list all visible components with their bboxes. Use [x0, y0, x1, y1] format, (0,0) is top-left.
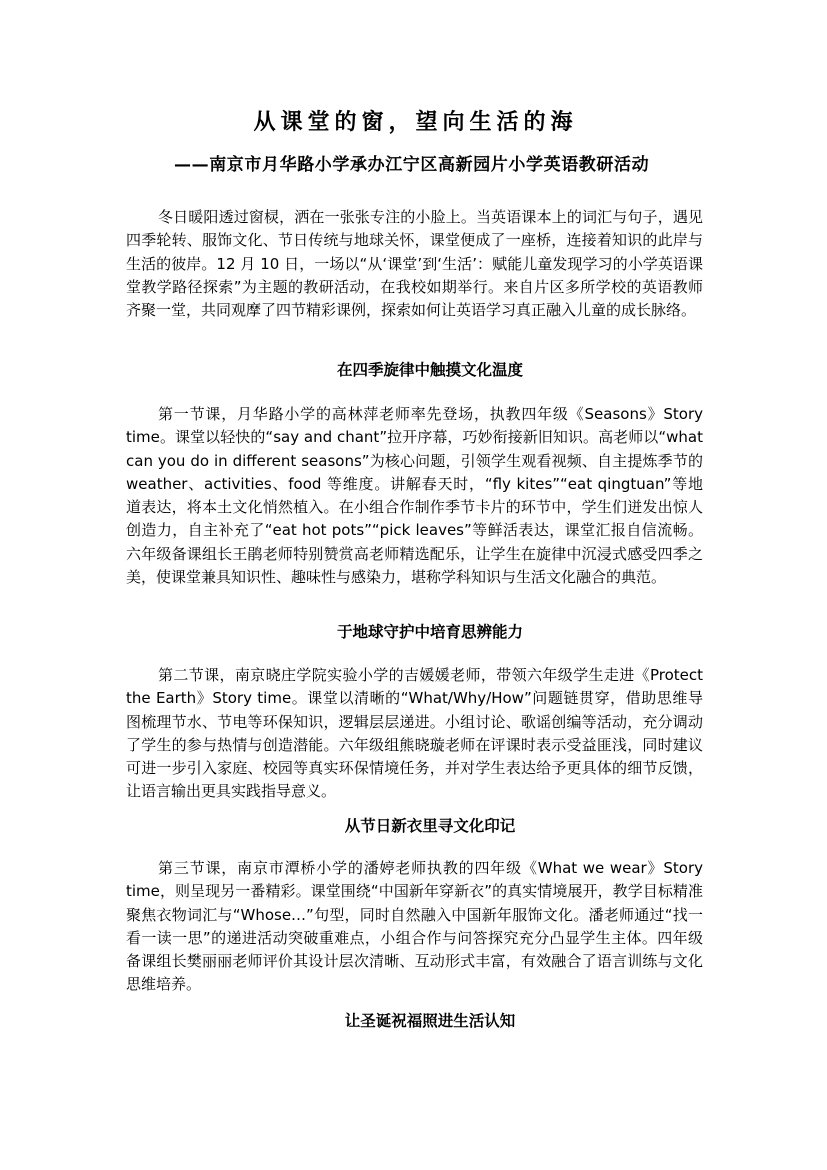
section-body-earth: 第二节课，南京晓庄学院实验小学的吉媛媛老师，带领六年级学生走进《Protect … — [126, 664, 703, 804]
document-page: 从课堂的窗，望向生活的海 ——南京市月华路小学承办江宁区高新园片小学英语教研活动… — [0, 0, 827, 1170]
intro-paragraph: 冬日暖阳透过窗棂，洒在一张张专注的小脸上。当英语课本上的词汇与句子，遇见四季轮转… — [126, 206, 703, 322]
document-title: 从课堂的窗，望向生活的海 — [0, 108, 827, 138]
section-paragraph: 第二节课，南京晓庄学院实验小学的吉媛媛老师，带领六年级学生走进《Protect … — [126, 664, 703, 804]
section-body-seasons: 第一节课，月华路小学的高林萍老师率先登场，执教四年级《Seasons》Story… — [126, 403, 703, 589]
intro-paragraph-block: 冬日暖阳透过窗棂，洒在一张张专注的小脸上。当英语课本上的词汇与句子，遇见四季轮转… — [126, 206, 703, 322]
section-heading-seasons: 在四季旋律中触摸文化温度 — [126, 359, 734, 381]
section-body-festival-clothes: 第三节课，南京市潭桥小学的潘婷老师执教的四年级《What we wear》Sto… — [126, 857, 703, 997]
section-paragraph: 第三节课，南京市潭桥小学的潘婷老师执教的四年级《What we wear》Sto… — [126, 857, 703, 997]
section-heading-earth: 于地球守护中培育思辨能力 — [126, 621, 734, 643]
section-heading-christmas: 让圣诞祝福照进生活认知 — [126, 1010, 734, 1032]
document-subtitle: ——南京市月华路小学承办江宁区高新园片小学英语教研活动 — [174, 153, 714, 177]
section-heading-festival-clothes: 从节日新衣里寻文化印记 — [126, 815, 734, 837]
section-paragraph: 第一节课，月华路小学的高林萍老师率先登场，执教四年级《Seasons》Story… — [126, 403, 703, 589]
